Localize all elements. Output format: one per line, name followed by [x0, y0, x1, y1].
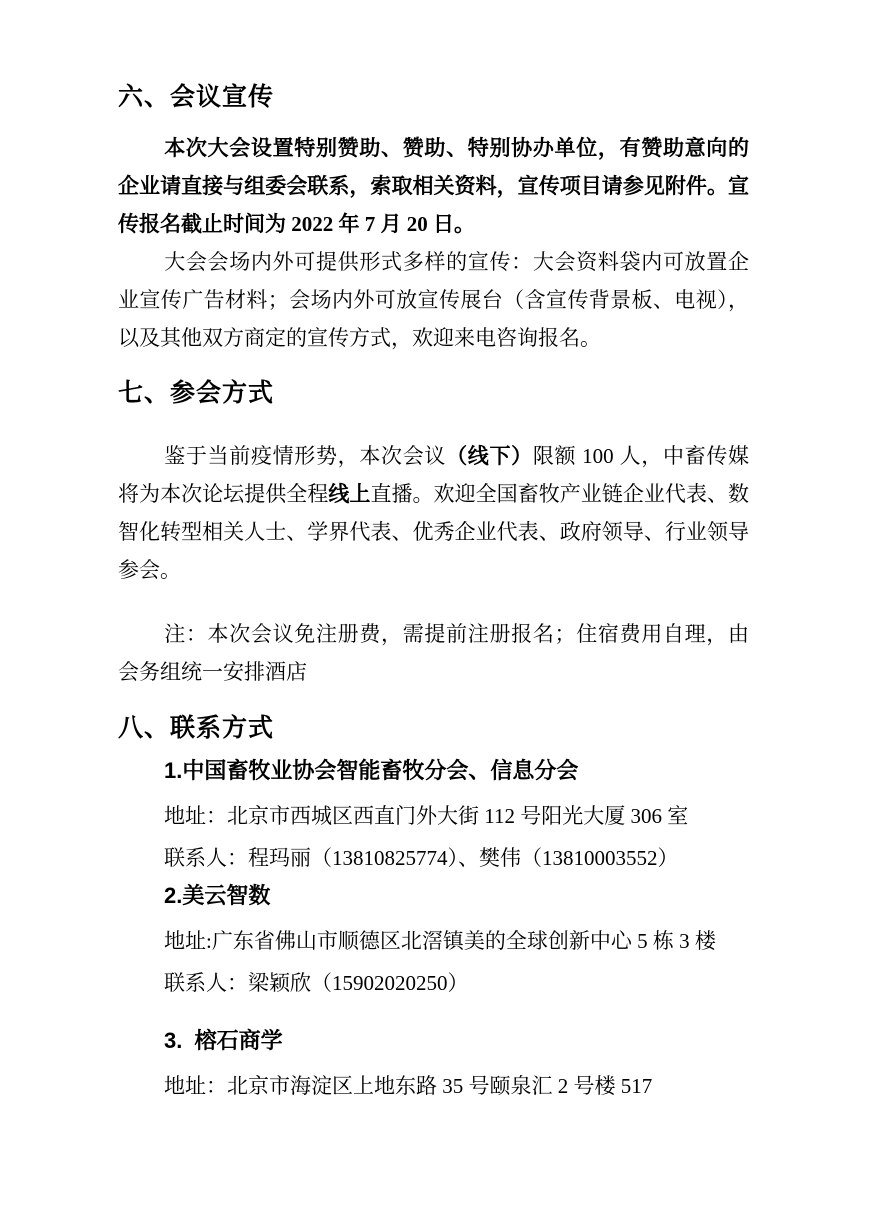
contact-entry-title: 3. 榕石商学 [164, 1022, 749, 1060]
section-heading-promotion: 六、会议宣传 [118, 78, 749, 116]
contact-entry-title: 2.美云智数 [164, 877, 749, 915]
bold-text-run-offline: （线下） [446, 444, 533, 468]
contact-entry-person: 联系人：梁颖欣（15902020250） [164, 964, 749, 1002]
contact-entry-3: 3. 榕石商学 地址：北京市海淀区上地东路 35 号颐泉汇 2 号楼 517 [118, 1022, 749, 1105]
contact-entry-address: 地址：北京市海淀区上地东路 35 号颐泉汇 2 号楼 517 [164, 1067, 749, 1105]
contact-entry-1: 1.中国畜牧业协会智能畜牧分会、信息分会 地址：北京市西城区西直门外大街 112… [118, 752, 749, 877]
contact-entry-person: 联系人：程玛丽（13810825774）、樊伟（13810003552） [164, 839, 749, 877]
bold-text-run-online: 线上 [328, 482, 370, 506]
document-content: 六、会议宣传 本次大会设置特别赞助、赞助、特别协办单位，有赞助意向的企业请直接与… [0, 78, 869, 1105]
text-run: 鉴于当前疫情形势，本次会议 [164, 444, 446, 468]
contact-entry-address: 地址:广东省佛山市顺德区北滘镇美的全球创新中心 5 栋 3 楼 [164, 922, 749, 960]
paragraph-participation: 鉴于当前疫情形势，本次会议（线下）限额 100 人，中畜传媒将为本次论坛提供全程… [118, 437, 749, 589]
contact-entry-address: 地址：北京市西城区西直门外大街 112 号阳光大厦 306 室 [164, 797, 749, 835]
paragraph-registration-note: 注：本次会议免注册费，需提前注册报名；住宿费用自理，由会务组统一安排酒店 [118, 615, 749, 691]
contact-entry-2: 2.美云智数 地址:广东省佛山市顺德区北滘镇美的全球创新中心 5 栋 3 楼 联… [118, 877, 749, 1002]
document-page: 六、会议宣传 本次大会设置特别赞助、赞助、特别协办单位，有赞助意向的企业请直接与… [0, 0, 869, 1215]
section-heading-contact: 八、联系方式 [118, 709, 749, 747]
paragraph-venue-promotion: 大会会场内外可提供形式多样的宣传：大会资料袋内可放置企业宣传广告材料；会场内外可… [118, 243, 749, 357]
section-heading-participation: 七、参会方式 [118, 374, 749, 412]
paragraph-sponsor: 本次大会设置特别赞助、赞助、特别协办单位，有赞助意向的企业请直接与组委会联系，索… [118, 129, 749, 243]
contact-entry-title: 1.中国畜牧业协会智能畜牧分会、信息分会 [164, 752, 749, 790]
